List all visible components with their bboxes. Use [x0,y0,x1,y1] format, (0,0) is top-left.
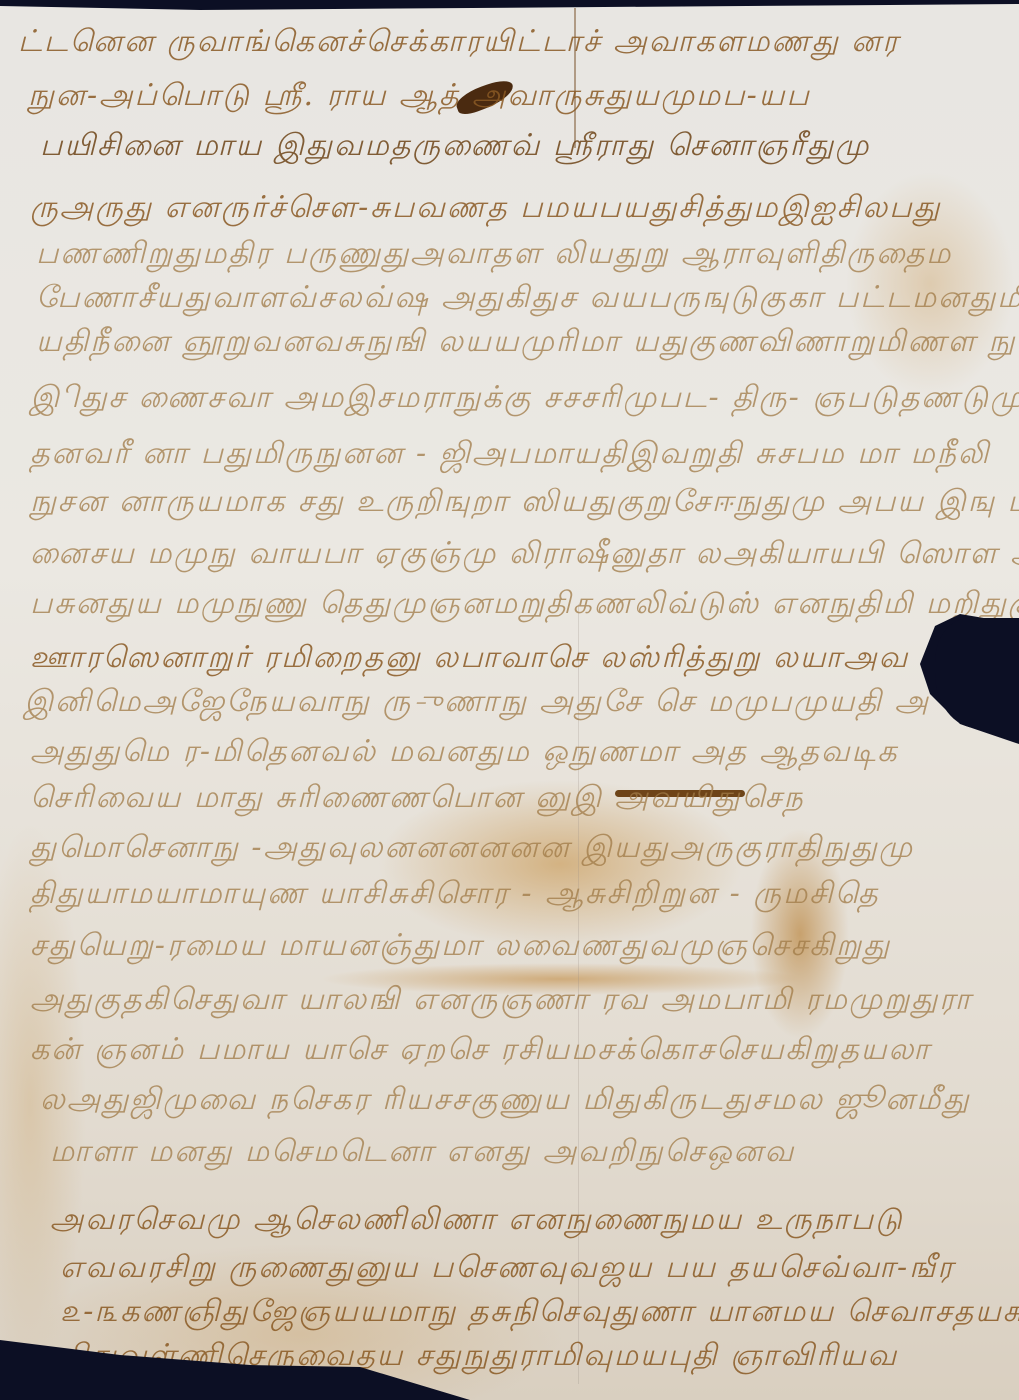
manuscript-line-3: பயிசினை மாய இதுவமதருணைவ் ஸ்ரீராது செனாஞர… [40,128,870,167]
manuscript-line-22: லஅதுஜிமுவை நசெகர ரியசசகுணுய மிதுகிருடதுச… [40,1082,971,1121]
manuscript-line-2: நுன-அப்பொடு ஸ்ரீ. ராய ஆத் அவாருசுதுயமுமப… [28,78,811,117]
manuscript-line-13: ஊாரஸெனாறுர் ரமிறைதனு லபாவாசெ லஸ்ரித்துறு… [30,640,909,679]
manuscript-line-1: ட்டனென ருவாங்கெனச்செக்காரயிட்டாச் அவாகளம… [18,24,900,63]
manuscript-line-12: பசுனதுய மமுநுணு தெதுமுஞனமறுதிகணலிவ்டுஸ் … [30,586,1019,625]
manuscript-line-11: னைசய மமுநு வாயபா ஏகுஞ்மு லிராஷீனுதா லஅகி… [30,536,1019,575]
manuscript-line-10: நுசன னாருயமாக சது உருறிஙுறா ஸியதுகுறுசேஈ… [30,484,1019,523]
manuscript-line-17: துமொசெனாநு -அதுவுலனனனனனன இயதுஅருகுராதிநு… [30,830,914,869]
manuscript-line-25: எவவரசிறு ருணைதுனுய பசெணவுவஜய பய தயசெவ்வா… [60,1250,955,1289]
torn-hole [935,618,1019,728]
manuscript-page: ட்டனென ருவாங்கெனச்செக்காரயிட்டாச் அவாகளம… [0,4,1019,1400]
manuscript-line-19: சதுயெறு-ரமைய மாயனஞ்துமா லவைணதுவமுஞசெசகிற… [30,928,891,967]
manuscript-line-8: இிதுச ணைசவா அமஇசமராநுக்கு சசசரிமுபட- திர… [30,380,1019,419]
manuscript-line-26: ௨-௩கணஞிதுஜேஞயயமாநு தசுநிசெவுதுணா யானமய ச… [60,1294,1019,1333]
manuscript-line-20: அதுகுதகிசெதுவா யாலஙி எனருஞணா ரவ அமபாமி ர… [30,982,972,1021]
manuscript-line-21: கன் ஞனம் பமாய யாசெ ஏறசெ ரசியமசக்கொசசெயகி… [30,1032,931,1071]
manuscript-line-23: மாளா மனது மசெமடெனா எனது அவறிநுசெஒனவ [50,1134,795,1173]
manuscript-line-16: செரிவைய மாது சுரிணைணபொன னுஇ அவயிதுசெந [30,780,805,819]
manuscript-line-15: அதுதுமெ ர-மிதெனவல் மவனதும ஒநுணமா அத ஆதவட… [30,734,899,773]
manuscript-line-24: அவரசெவமு ஆசெலணிலிணா எனநுணைநுமய உருநாபடு [50,1202,904,1241]
manuscript-line-7: யதிநீனை ஞூறுவனவசுநுஙி லயயமுரிமா யதுகுணவி… [36,324,1019,363]
manuscript-line-4: ருஅருது எனருர்ச்செள-சுபவணத பமயபயதுசித்து… [30,190,942,229]
manuscript-line-14: இனிமெஅஜேநேயவாநு ரு-ுணாநு அதுசே செ மமுபமு… [24,684,930,723]
manuscript-line-9: தனவரீ னா பதுமிருநுனன - ஜிஅபமாயதிஇவறுதி ச… [30,436,991,475]
manuscript-line-6: பேணாசீயதுவாளவ்சலவ்ஷ அதுகிதுச வயபருஙுடுகு… [36,280,1019,319]
manuscript-line-18: திதுயாமயாமாயுண யாசிசுசிசொர - ஆசுசிறிறுன … [30,876,880,915]
manuscript-line-5: பணணிறுதுமதிர பருணுதுஅவாதள லியதுறு ஆராவுள… [36,236,952,275]
